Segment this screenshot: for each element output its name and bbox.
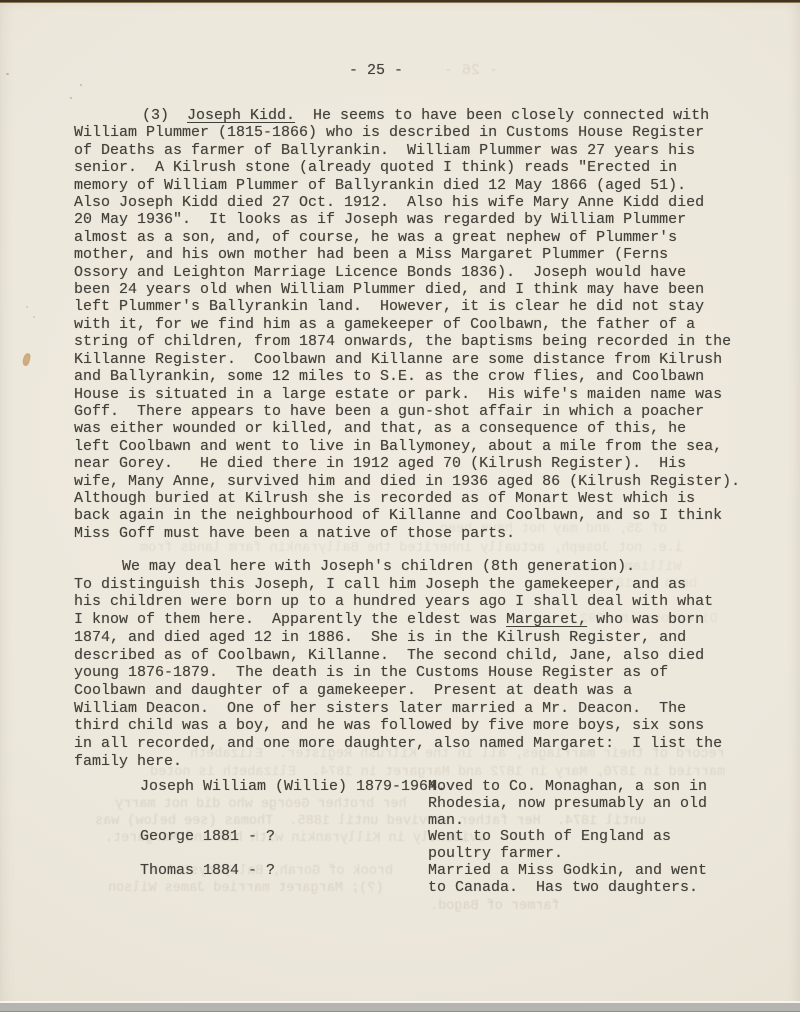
text-line: Ossory and Leighton Marriage Licence Bon… [74, 264, 774, 281]
child-name: George 1881 - ? [140, 829, 275, 846]
ink-stain [22, 352, 32, 366]
text-line: William Plummer (1815-1866) who is descr… [74, 124, 774, 141]
text-line: near Gorey. He died there in 1912 aged 7… [74, 455, 774, 472]
text-line: memory of William Plummer of Ballyrankin… [74, 177, 774, 194]
text-line: mother, and his own mother had been a Mi… [74, 246, 774, 263]
section-number: (3) [142, 107, 187, 124]
paper-speck [33, 316, 35, 318]
underlined-name: Margaret, [506, 611, 587, 628]
paragraph-joseph-kidd: (3) Joseph Kidd. He seems to have been c… [74, 107, 774, 542]
family-list: Joseph William (Willie) 1879-1964. Moved… [74, 779, 774, 897]
text-run: He seems to have been closely connected … [295, 107, 709, 124]
paper-speck [70, 97, 72, 99]
bleedthrough-text: - 26 - [444, 62, 498, 79]
text-line: I know of them here. Apparently the elde… [74, 611, 774, 629]
text-line: string of children, from 1874 onwards, t… [74, 333, 774, 350]
family-list-row: George 1881 - ? Went to South of England… [74, 829, 774, 863]
text-line: with it, for we find him as a gamekeeper… [74, 316, 774, 333]
text-line: almost as a son, and, of course, he was … [74, 229, 774, 246]
text-line: Also Joseph Kidd died 27 Oct. 1912. Also… [74, 194, 774, 211]
text-line: family here. [74, 753, 774, 771]
text-line: and Ballyrankin, some 12 miles to S.E. a… [74, 368, 774, 385]
paper-speck [26, 306, 28, 308]
text-line: We may deal here with Joseph's children … [74, 558, 774, 576]
text-line: senior. A Kilrush stone (already quoted … [74, 159, 774, 176]
note-line: Rhodesia, now presumably an old [428, 796, 774, 813]
note-line: Moved to Co. Monaghan, a son in [428, 779, 774, 796]
note-line: Married a Miss Godkin, and went [428, 863, 774, 880]
family-list-row: Thomas 1884 - ? Married a Miss Godkin, a… [74, 863, 774, 897]
text-line: described as of Coolbawn, Killanne. The … [74, 647, 774, 665]
text-line: left Coolbawn and went to live in Ballym… [74, 438, 774, 455]
paper-speck [6, 73, 9, 75]
text-line: young 1876-1879. The death is in the Cus… [74, 664, 774, 682]
text-line: Miss Goff must have been a native of tho… [74, 525, 774, 542]
page-number: - 25 - [349, 62, 403, 79]
text-run: who was born [587, 611, 704, 628]
note-line: man. [428, 813, 774, 830]
text-line: House is situated in a large estate or p… [74, 386, 774, 403]
text-line: Although buried at Kilrush she is record… [74, 490, 774, 507]
note-line: to Canada. Has two daughters. [428, 880, 774, 897]
document-page: - 26 - of 35, and may not have been i.e.… [0, 0, 800, 1012]
family-list-row: Joseph William (Willie) 1879-1964. Moved… [74, 779, 774, 829]
underlined-heading: Joseph Kidd. [187, 107, 295, 124]
scan-edge-top [0, 0, 800, 3]
text-line: wife, Many Anne, survived him and died i… [74, 473, 774, 490]
text-line: Goff. There appears to have been a gun-s… [74, 403, 774, 420]
text-line: of Deaths as farmer of Ballyrankin. Will… [74, 142, 774, 159]
text-line: left Plummer's Ballyrankin land. However… [74, 298, 774, 315]
text-line: Coolbawn and daughter of a gamekeeper. P… [74, 682, 774, 700]
text-line: his children were born up to a hundred y… [74, 593, 774, 611]
bleedthrough-text: farmer of Bagod. [430, 899, 560, 914]
child-notes: Married a Miss Godkin, and went to Canad… [428, 863, 774, 897]
child-notes: Moved to Co. Monaghan, a son in Rhodesia… [428, 779, 774, 829]
child-notes: Went to South of England as poultry farm… [428, 829, 774, 863]
text-line: in all recorded, and one more daughter, … [74, 735, 774, 753]
bleedthrough-text: i.e. not Joseph, actually inherited the … [140, 541, 683, 556]
text-run: I know of them here. Apparently the elde… [74, 611, 506, 628]
text-line: third child was a boy, and he was follow… [74, 717, 774, 735]
note-line: Went to South of England as [428, 829, 774, 846]
text-line: 20 May 1936". It looks as if Joseph was … [74, 211, 774, 228]
text-line: was either wounded or killed, and that, … [74, 420, 774, 437]
text-line: 1874, and died aged 12 in 1886. She is i… [74, 629, 774, 647]
text-line: been 24 years old when William Plummer d… [74, 281, 774, 298]
note-line: poultry farmer. [428, 846, 774, 863]
scan-edge-bottom [0, 1001, 800, 1012]
text-line: William Deacon. One of her sisters later… [74, 700, 774, 718]
text-line: Killanne Register. Coolbawn and Killanne… [74, 351, 774, 368]
text-line: To distinguish this Joseph, I call him J… [74, 576, 774, 594]
child-name: Thomas 1884 - ? [140, 863, 275, 880]
text-line: back again in the neighbourhood of Killa… [74, 507, 774, 524]
text-line: (3) Joseph Kidd. He seems to have been c… [74, 107, 774, 124]
child-name: Joseph William (Willie) 1879-1964. [140, 779, 446, 796]
paper-speck [80, 84, 82, 86]
paragraph-josephs-children: We may deal here with Joseph's children … [74, 558, 774, 770]
